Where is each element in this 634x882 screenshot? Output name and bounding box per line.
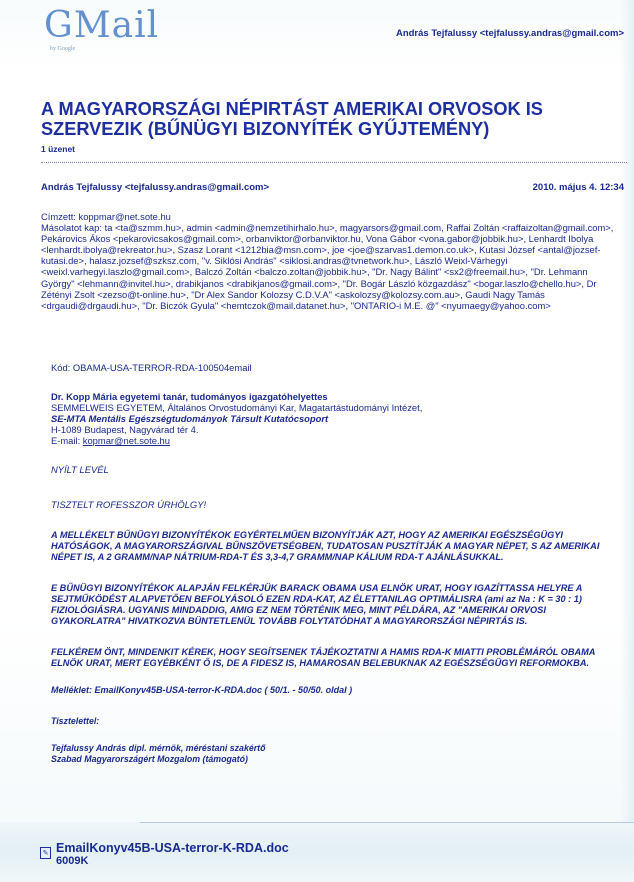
attachment-info: EmailKonyv45B-USA-terror-K-RDA.doc 6009K	[56, 841, 289, 868]
to-line: Címzett: koppmar@net.sote.hu	[41, 211, 621, 222]
logo-text: GMail	[44, 6, 144, 46]
signature-email-line: E-mail: kopmar@net.sote.hu	[51, 435, 621, 446]
paper-fold-line	[140, 822, 634, 823]
attachment-note: Melléklet: EmailKonyv45B-USA-terror-K-RD…	[51, 685, 621, 696]
header-divider	[41, 162, 627, 163]
to-address: koppmar@net.sote.hu	[79, 211, 171, 222]
gmail-logo[interactable]: GMail by Google	[44, 6, 144, 54]
message-date: 2010. május 4. 12:34	[533, 182, 624, 193]
greeting: TISZTELT ROFESSZOR ÚRHÖLGY!	[51, 499, 621, 510]
attachment[interactable]: ✎ EmailKonyv45B-USA-terror-K-RDA.doc 600…	[40, 841, 289, 868]
cc-label: Másolatot kap:	[41, 222, 102, 233]
paragraph-1: A MELLÉKELT BŰNÜGYI BIZONYÍTÉKOK EGYÉRTE…	[51, 530, 611, 563]
message-count: 1 üzenet	[41, 144, 75, 154]
signature-email-label: E-mail:	[51, 435, 80, 446]
closing: Tisztelettel:	[51, 716, 621, 727]
recipients-block: Címzett: koppmar@net.sote.hu Másolatot k…	[41, 211, 621, 311]
account-name: András Tejfalussy <tejfalussy.andras@gma…	[396, 28, 624, 39]
author-signature: Tejfalussy András dipl. mérnök, méréstan…	[51, 743, 621, 765]
signature-address: H-1089 Budapest, Nagyvárad tér 4.	[51, 424, 621, 435]
message-body: Kód: OBAMA-USA-TERROR-RDA-100504email Dr…	[41, 362, 621, 765]
author-line-2: Szabad Magyarországért Mozgalom (támogat…	[51, 754, 621, 765]
signature-institution: SEMMELWEIS EGYETEM, Általános Orvostudom…	[51, 402, 621, 413]
author-line-1: Tejfalussy András dipl. mérnök, méréstan…	[51, 743, 621, 754]
signature-group: SE-MTA Mentális Egészségtudományok Társu…	[51, 413, 621, 424]
to-label: Címzett:	[41, 211, 76, 222]
word-document-icon: ✎	[40, 847, 51, 859]
paragraph-3: FELKÉREM ÖNT, MINDENKIT KÉREK, HOGY SEGÍ…	[51, 647, 611, 669]
recipient-signature: Dr. Kopp Mária egyetemi tanár, tudományo…	[51, 391, 621, 446]
scan-edge	[620, 0, 634, 882]
logo-subtitle: by Google	[50, 46, 75, 52]
signature-email-link[interactable]: kopmar@net.sote.hu	[83, 435, 170, 446]
paragraph-2: E BŰNÜGYI BIZONYÍTÉKOK ALAPJÁN FELKÉRJÜK…	[51, 583, 611, 627]
open-letter-heading: NYÍLT LEVÉL	[51, 464, 621, 475]
cc-line: Másolatot kap: ta <ta@szmm.hu>, admin <a…	[41, 222, 621, 311]
attachment-filename[interactable]: EmailKonyv45B-USA-terror-K-RDA.doc	[56, 841, 289, 855]
code-line: Kód: OBAMA-USA-TERROR-RDA-100504email	[51, 362, 621, 373]
message-sender: András Tejfalussy <tejfalussy.andras@gma…	[41, 182, 269, 193]
thread-subject: A MAGYARORSZÁGI NÉPIRTÁST AMERIKAI ORVOS…	[41, 99, 621, 139]
signature-name: Dr. Kopp Mária egyetemi tanár, tudományo…	[51, 391, 621, 402]
cc-addresses: ta <ta@szmm.hu>, admin <admin@nemzetihir…	[41, 222, 613, 311]
attachment-size: 6009K	[56, 855, 289, 868]
